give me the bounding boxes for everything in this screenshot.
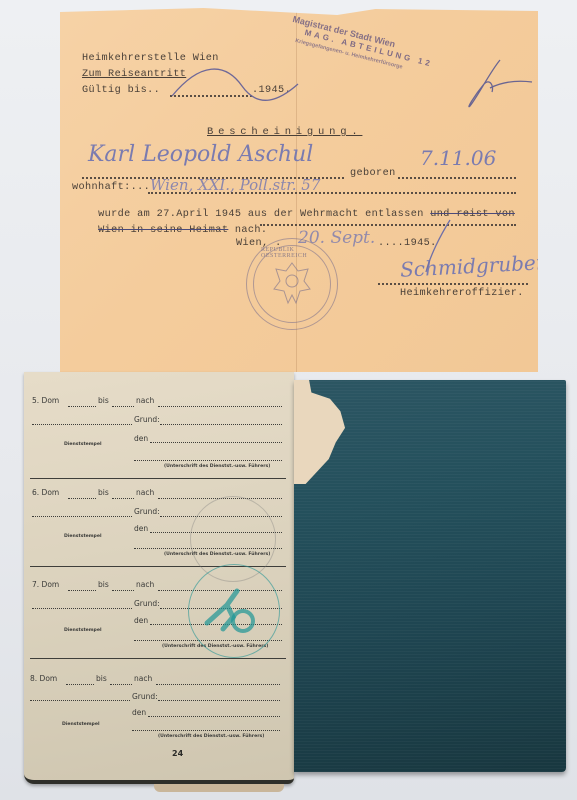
official-seal: REPUBLIK OESTERREICH — [246, 238, 338, 330]
transfer-entry-8: 8. Dom bis nach Grund: den Dienststempel… — [24, 660, 294, 752]
den-label: den — [134, 524, 148, 533]
entry-number: 8. Dom — [30, 674, 57, 683]
dom-line — [68, 590, 96, 591]
nach-label: nach — [134, 674, 152, 683]
signature-loop-icon — [420, 216, 460, 276]
den-label: den — [134, 616, 148, 625]
bis-label: bis — [98, 488, 109, 497]
soldbuch-page: 5. Dom bis nach Grund: den Dienststempel… — [24, 372, 294, 784]
page-edge — [154, 784, 284, 792]
handwritten-birthdate: 7.11.06 — [420, 146, 496, 170]
signature-line — [132, 730, 280, 731]
teal-eagle-stamp — [188, 564, 280, 658]
torn-paper-remnant — [294, 380, 352, 484]
dienststempel-label: Dienststempel — [62, 722, 100, 727]
struck-text-2: Wien in seine Heimat — [98, 225, 228, 236]
dienststempel-label: Dienststempel — [64, 534, 102, 539]
entry-number: 6. Dom — [32, 488, 59, 497]
signature-caption: (Unterschrift des Dienstst.-usw. Führers… — [158, 734, 264, 739]
grund-label: Grund: — [134, 415, 160, 424]
den-line — [150, 442, 282, 443]
birthdate-dotted-line — [398, 177, 516, 179]
page-number: 24 — [172, 749, 183, 758]
seal-text: REPUBLIK OESTERREICH — [261, 247, 337, 259]
signatory-title: Heimkehreroffizier. — [400, 288, 524, 299]
nach-label: nach — [136, 488, 154, 497]
dom-line — [68, 498, 96, 499]
origin-line — [32, 424, 132, 425]
booklet-cover — [294, 380, 566, 772]
grund-label: Grund: — [132, 692, 158, 701]
origin-line — [32, 608, 132, 609]
nach-line — [156, 684, 280, 685]
entry-number: 5. Dom — [32, 396, 59, 405]
signature-dotted-line — [378, 283, 528, 285]
eagle-emblem-icon — [272, 259, 312, 305]
bis-label: bis — [96, 674, 107, 683]
entry-number: 7. Dom — [32, 580, 59, 589]
destination-dotted-line — [260, 224, 516, 226]
signature-line — [134, 460, 282, 461]
grund-line — [158, 700, 280, 701]
nach-label: nach — [136, 580, 154, 589]
bis-label: bis — [98, 396, 109, 405]
certificate-title: Bescheinigung. — [207, 126, 362, 138]
bis-line — [112, 498, 134, 499]
bis-label: bis — [98, 580, 109, 589]
validity-label: Gültig bis.. — [82, 85, 160, 96]
origin-line — [30, 700, 130, 701]
section-divider — [30, 658, 286, 659]
grund-label: Grund: — [134, 507, 160, 516]
bis-line — [110, 684, 132, 685]
bis-line — [112, 590, 134, 591]
pen-flourish-icon — [170, 66, 300, 102]
grund-label: Grund: — [134, 599, 160, 608]
dienststempel-label: Dienststempel — [64, 442, 102, 447]
residence-dotted-line — [148, 192, 516, 194]
dom-line — [66, 684, 94, 685]
den-label: den — [132, 708, 146, 717]
dom-line — [68, 406, 96, 407]
destination-label: nach. — [228, 225, 267, 236]
eagle-stamp-icon — [203, 583, 263, 639]
issuer-line-1: Heimkehrerstelle Wien — [82, 53, 219, 64]
den-label: den — [134, 434, 148, 443]
residence-label: wohnhaft:... — [72, 182, 150, 193]
nach-line — [158, 406, 282, 407]
dienststempel-label: Dienststempel — [64, 628, 102, 633]
den-line — [148, 716, 280, 717]
initials-signature-icon — [460, 56, 536, 112]
born-label: geboren — [350, 168, 396, 179]
grund-line — [160, 424, 282, 425]
handwritten-name: Karl Leopold Aschul — [88, 142, 313, 167]
bis-line — [112, 406, 134, 407]
nach-label: nach — [136, 396, 154, 405]
signature-caption: (Unterschrift des Dienstst.-usw. Führers… — [164, 464, 270, 469]
transfer-entry-5: 5. Dom bis nach Grund: den Dienststempel… — [24, 382, 294, 474]
discharge-certificate: Heimkehrerstelle Wien Zum Reiseantritt G… — [60, 6, 538, 372]
origin-line — [32, 516, 132, 517]
